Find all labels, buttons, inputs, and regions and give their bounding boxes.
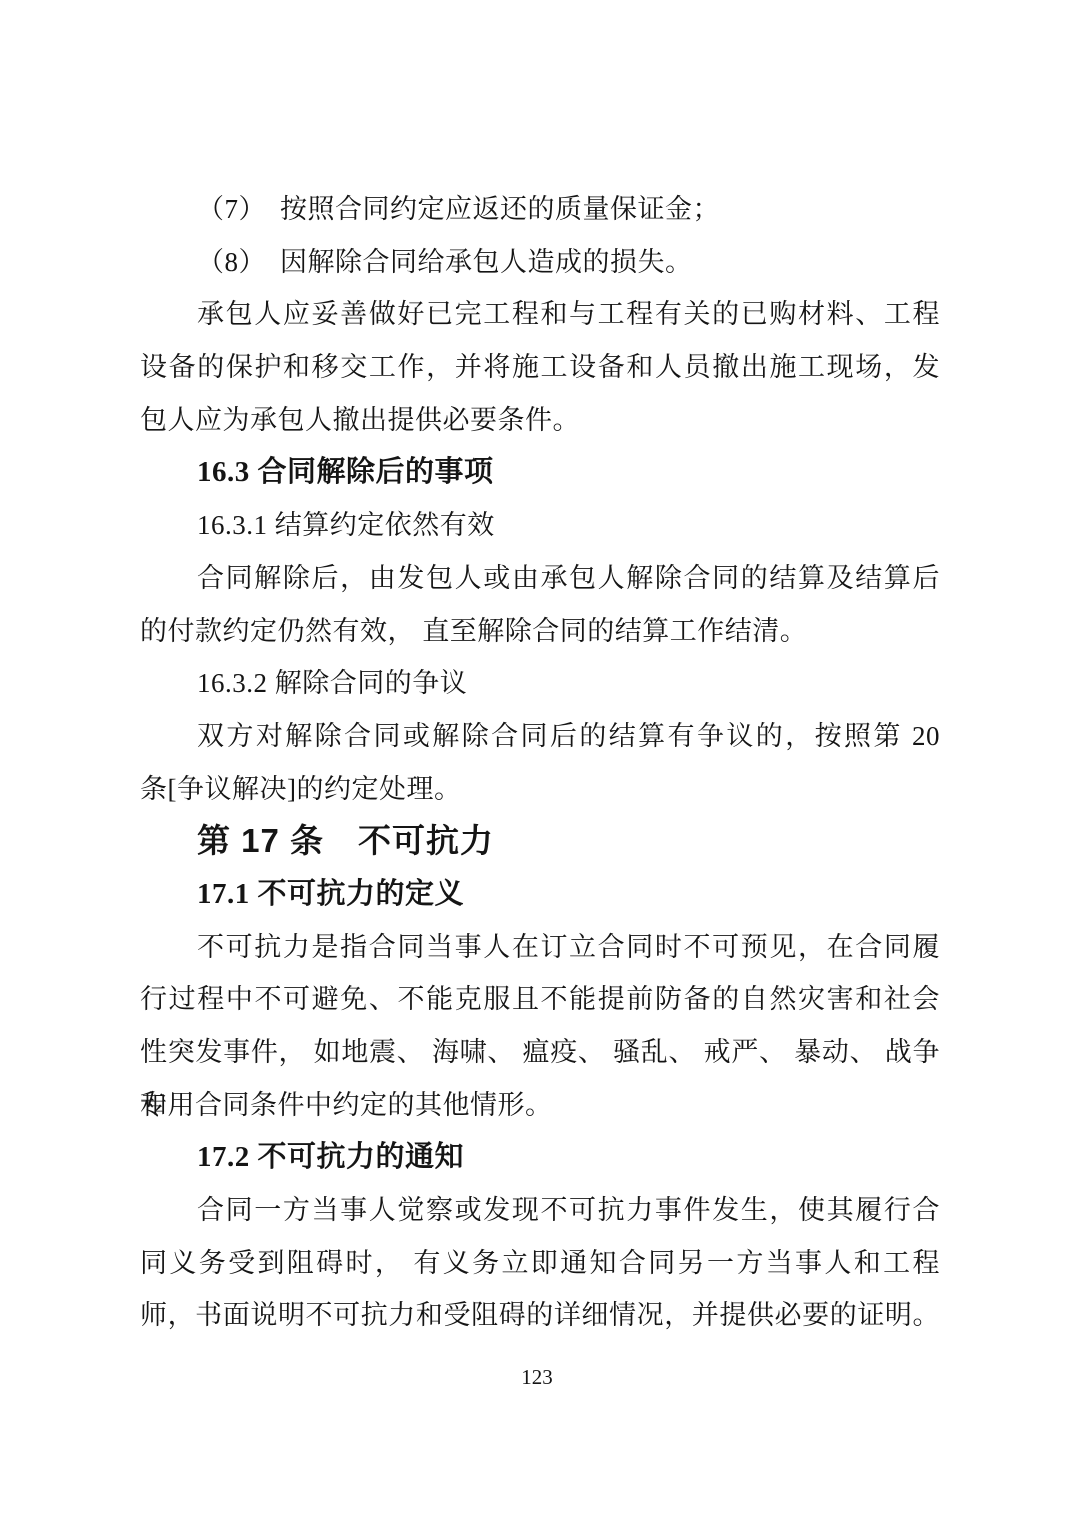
heading-17-1: 17.1 不可抗力的定义	[140, 868, 940, 921]
heading-16-3: 16.3 合同解除后的事项	[140, 446, 940, 499]
para-handover-line-1: 承包人应妥善做好已完工程和与工程有关的已购材料、工程	[140, 288, 940, 341]
heading-16-3-1: 16.3.1 结算约定依然有效	[140, 499, 940, 552]
para-fm-notice-line-2: 同义务受到阻碍时， 有义务立即通知合同另一方当事人和工程	[140, 1237, 940, 1290]
para-fm-notice-line-3: 师，书面说明不可抗力和受阻碍的详细情况，并提供必要的证明。	[140, 1289, 940, 1342]
para-dispute-line-2: 条[争议解决]的约定处理。	[140, 763, 940, 816]
page-number: 123	[0, 1363, 1074, 1391]
para-dispute-line-1: 双方对解除合同或解除合同后的结算有争议的，按照第 20	[140, 710, 940, 763]
para-fm-def-line-4: 专用合同条件中约定的其他情形。	[140, 1079, 940, 1132]
para-fm-notice-line-1: 合同一方当事人觉察或发现不可抗力事件发生，使其履行合	[140, 1184, 940, 1237]
list-item-7: （7） 按照合同约定应返还的质量保证金；	[140, 183, 940, 236]
heading-17-2: 17.2 不可抗力的通知	[140, 1131, 940, 1184]
para-handover-line-3: 包人应为承包人撤出提供必要条件。	[140, 394, 940, 447]
document-content: （7） 按照合同约定应返还的质量保证金；（8） 因解除合同给承包人造成的损失。承…	[140, 183, 940, 1342]
heading-article-17: 第 17 条 不可抗力	[140, 815, 940, 868]
para-fm-def-line-2: 行过程中不可避免、不能克服且不能提前防备的自然灾害和社会	[140, 973, 940, 1026]
contract-document-page: （7） 按照合同约定应返还的质量保证金；（8） 因解除合同给承包人造成的损失。承…	[0, 0, 1074, 1520]
para-settlement-line-2: 的付款约定仍然有效， 直至解除合同的结算工作结清。	[140, 605, 940, 658]
para-handover-line-2: 设备的保护和移交工作，并将施工设备和人员撤出施工现场，发	[140, 341, 940, 394]
list-item-8: （8） 因解除合同给承包人造成的损失。	[140, 236, 940, 289]
para-fm-def-line-1: 不可抗力是指合同当事人在订立合同时不可预见，在合同履	[140, 921, 940, 974]
para-settlement-line-1: 合同解除后，由发包人或由承包人解除合同的结算及结算后	[140, 552, 940, 605]
para-fm-def-line-3: 性突发事件， 如地震、 海啸、 瘟疫、 骚乱、 戒严、 暴动、 战争和	[140, 1026, 940, 1079]
heading-16-3-2: 16.3.2 解除合同的争议	[140, 657, 940, 710]
